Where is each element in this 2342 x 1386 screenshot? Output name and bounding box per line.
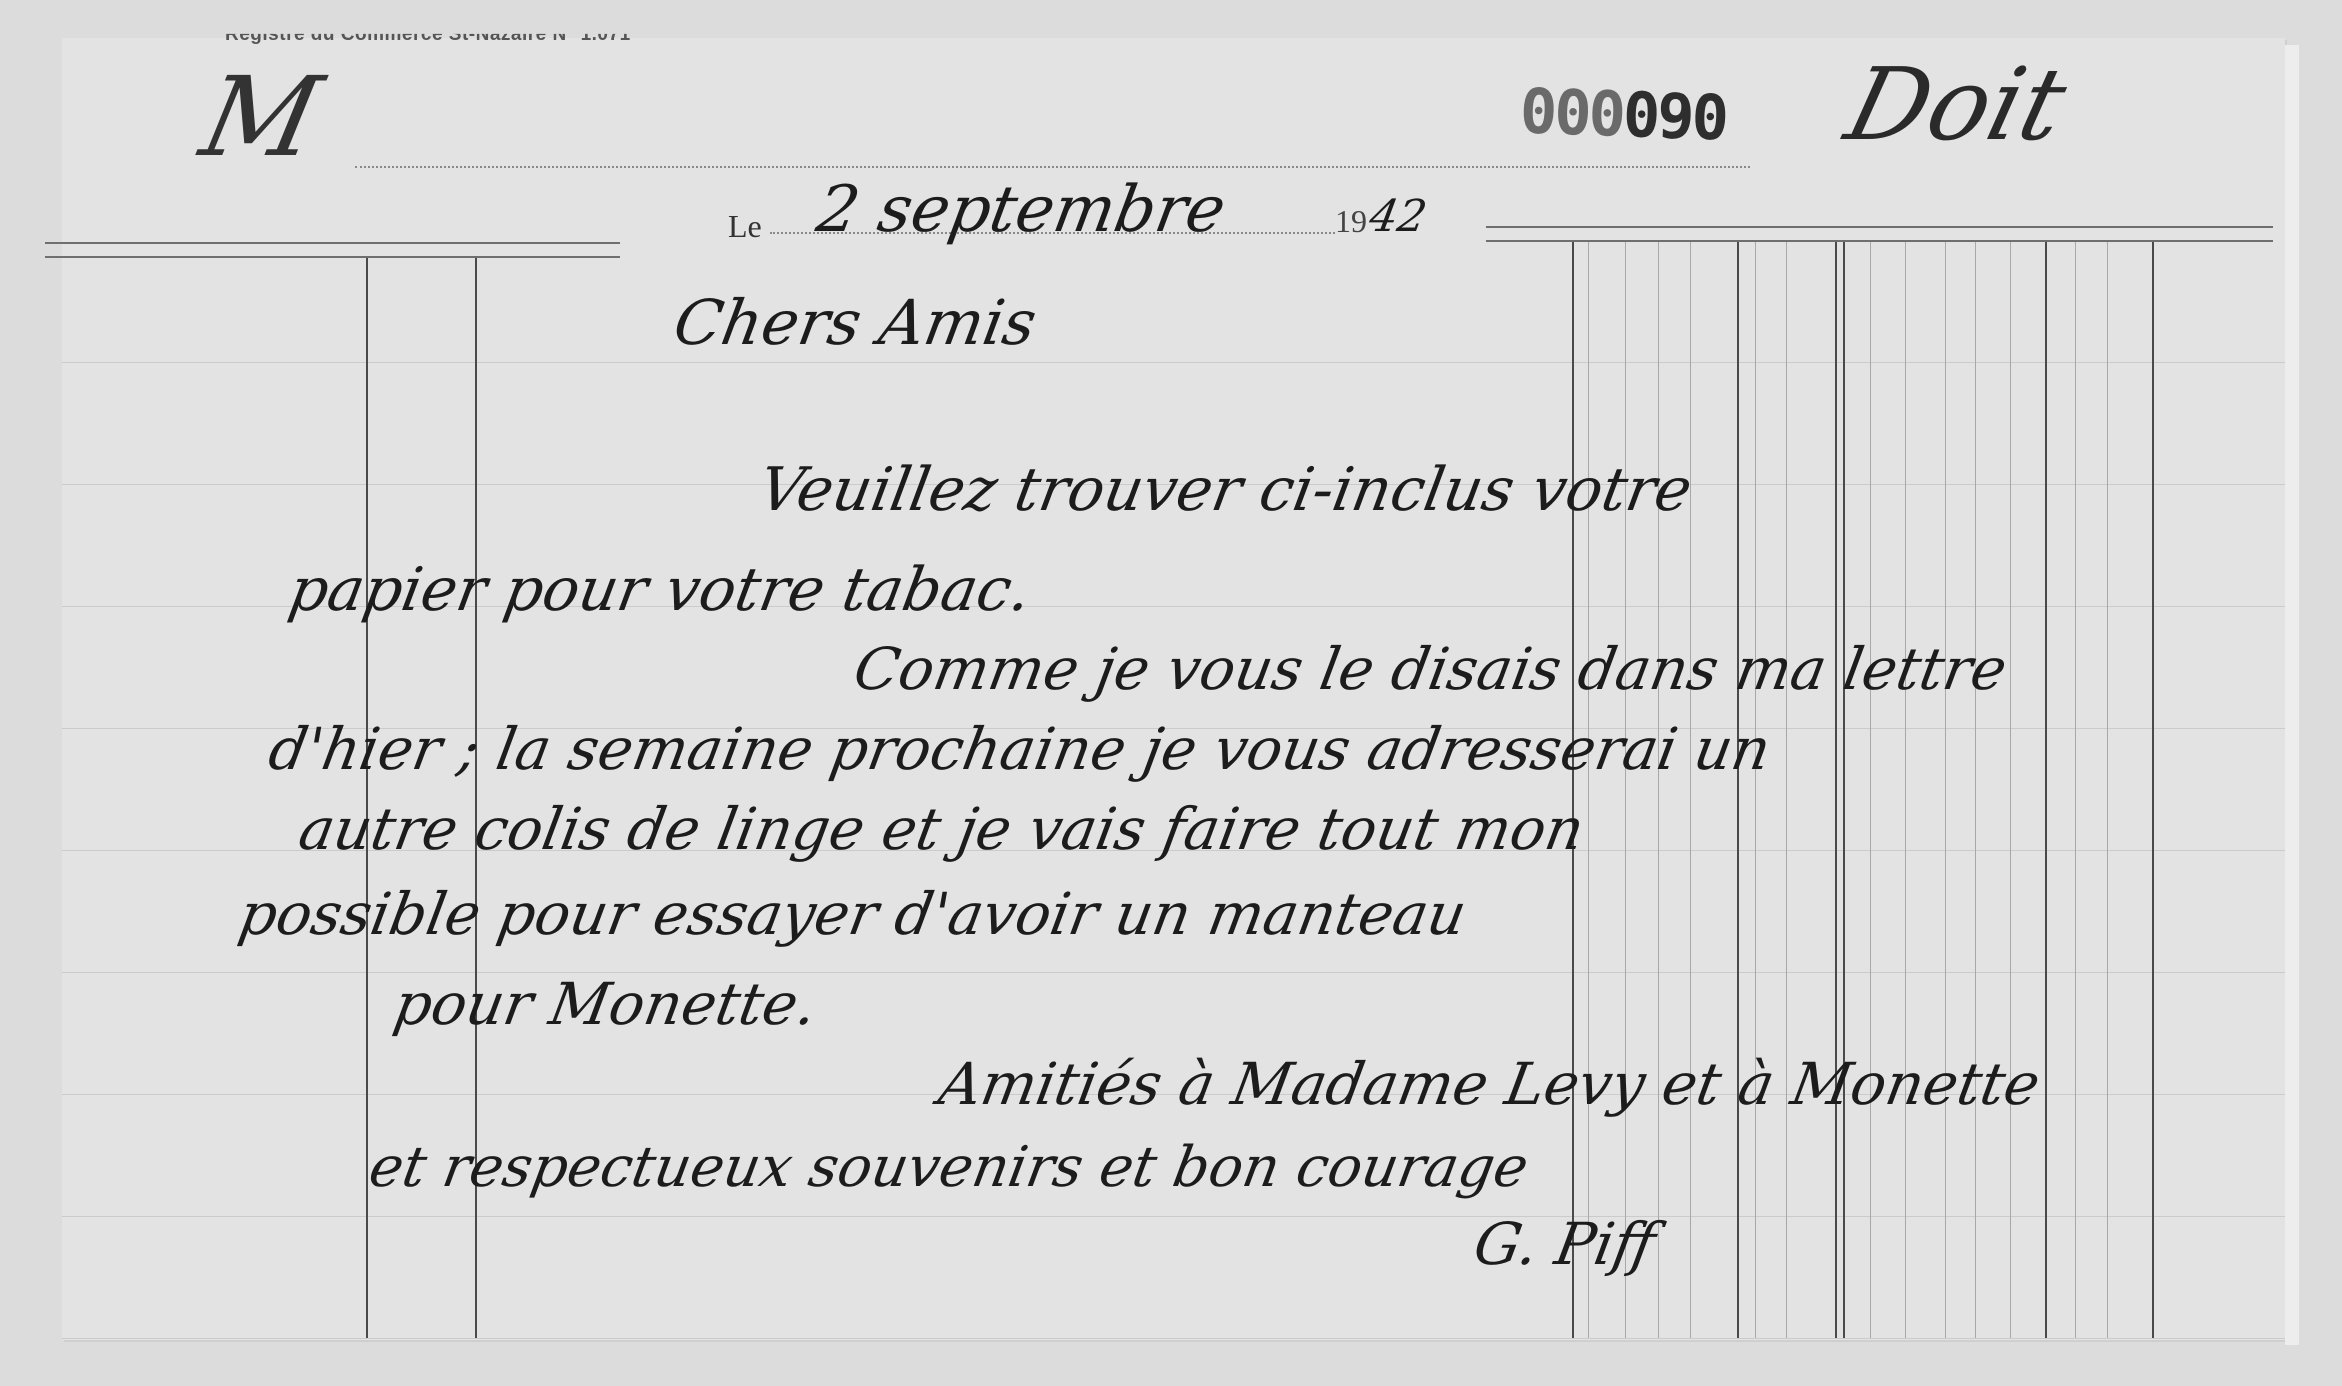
letter-line-8: Amitiés à Madame Levy et à Monette: [935, 1055, 2044, 1113]
column-line: [1588, 242, 1589, 1338]
signature: G. Piff: [1470, 1215, 1660, 1273]
letter-line-7: pour Monette.: [390, 975, 821, 1033]
column-line: [2107, 242, 2108, 1338]
column-line: [2075, 242, 2076, 1338]
letter-line-6: possible pour essayer d'avoir un manteau: [235, 885, 1471, 943]
column-line: [1843, 242, 1845, 1338]
letter-line-4: d'hier ; la semaine prochaine je vous ad…: [265, 720, 1775, 778]
year-handwritten: 42: [1366, 195, 1430, 239]
column-line: [1870, 242, 1871, 1338]
addressee-dotted-line: [355, 166, 1750, 168]
letter-line-1: Veuillez trouver ci-inclus votre: [755, 460, 1697, 520]
addressee-prefix: M: [193, 62, 329, 172]
left-double-rule-bottom: [45, 256, 620, 258]
column-line: [1835, 242, 1837, 1338]
column-line: [1945, 242, 1946, 1338]
invoice-number-stamp: 000090: [1519, 74, 1727, 154]
left-double-rule-top: [45, 242, 620, 244]
column-line: [1786, 242, 1787, 1338]
column-line: [2010, 242, 2011, 1338]
letter-line-9: et respectueux souvenirs et bon courage: [365, 1140, 1532, 1196]
ruled-line: [62, 1216, 2285, 1217]
salutation: Chers Amis: [670, 292, 1041, 354]
column-line: [1755, 242, 1756, 1338]
year-printed: 19: [1335, 203, 1367, 240]
column-line: [1572, 242, 1574, 1338]
date-handwritten: 2 septembre: [812, 178, 1230, 242]
column-line: [2152, 242, 2154, 1338]
ruled-line: [62, 1338, 2285, 1339]
printed-header: Registre du Commerce St-Nazaire N° 1.071: [225, 24, 631, 46]
column-line: [1658, 242, 1659, 1338]
column-line: [2045, 242, 2047, 1338]
letter-line-5: autre colis de linge et je vais faire to…: [295, 800, 1588, 858]
ruled-line: [62, 972, 2285, 973]
invoice-number-dark: 090: [1622, 78, 1727, 155]
letter-line-2: papier pour votre tabac.: [285, 560, 1036, 620]
letter-line-3: Comme je vous le disais dans ma lettre: [850, 640, 2011, 698]
right-double-rule-top: [1486, 226, 2273, 228]
column-line: [1737, 242, 1739, 1338]
column-line: [1975, 242, 1976, 1338]
column-line: [1625, 242, 1626, 1338]
right-double-rule-bottom: [1486, 240, 2273, 242]
doit-label: Doit: [1838, 55, 2075, 155]
invoice-number-faded: 000: [1519, 74, 1624, 151]
date-prefix: Le: [728, 208, 762, 245]
column-line: [1690, 242, 1691, 1338]
paper-edge: [2285, 45, 2299, 1345]
ruled-line: [62, 362, 2285, 363]
column-line: [1905, 242, 1906, 1338]
